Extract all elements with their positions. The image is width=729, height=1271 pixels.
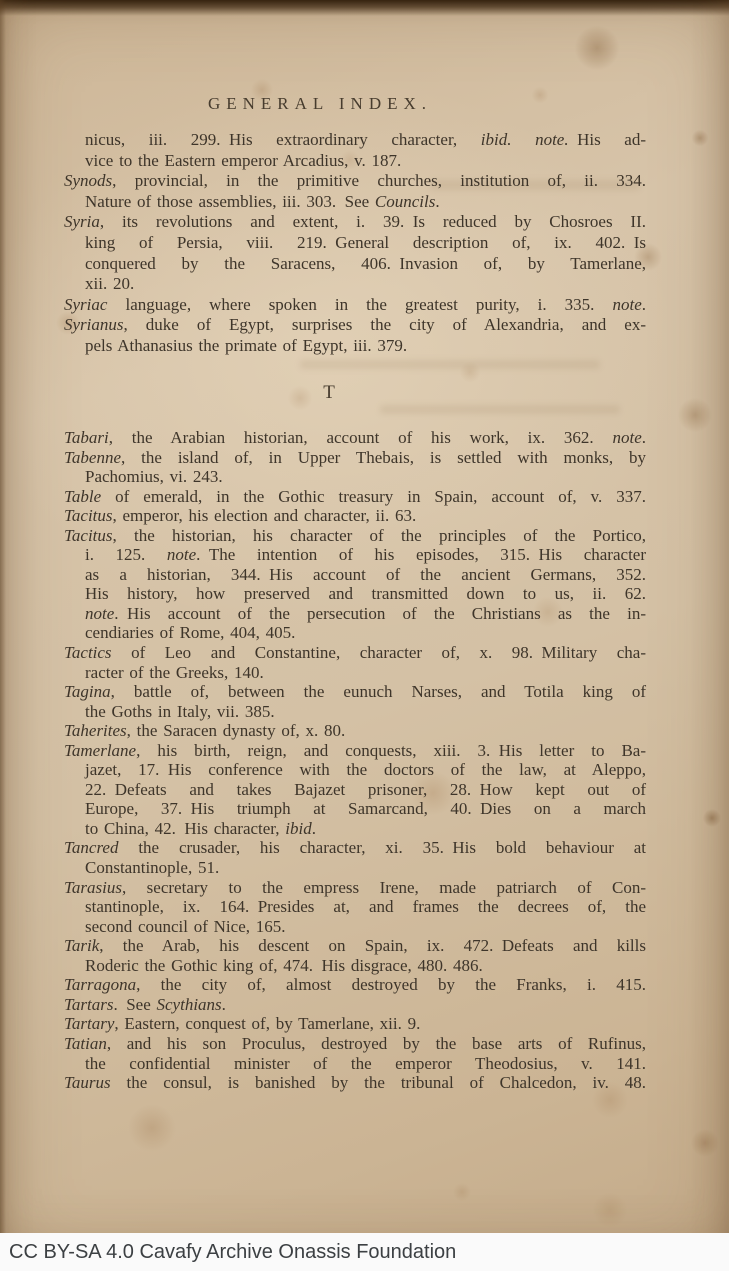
bleed-through-smudge xyxy=(300,360,600,369)
index-line: xii. 20. xyxy=(64,274,646,295)
index-line: His history, how preserved and transmitt… xyxy=(64,584,646,604)
index-line: stantinople, ix. 164. Presides at, and f… xyxy=(64,897,646,917)
index-line: Taurus the consul, is banished by the tr… xyxy=(64,1073,646,1093)
index-line: Tarasius, secretary to the empress Irene… xyxy=(64,878,646,898)
index-line: jazet, 17. His conference with the docto… xyxy=(64,760,646,780)
index-line: Nature of those assemblies, iii. 303. Se… xyxy=(64,192,646,213)
index-line: Tarik, the Arab, his descent on Spain, i… xyxy=(64,936,646,956)
index-line: to China, 42. His character, ibid. xyxy=(64,819,646,839)
index-line: Tartars. See Scythians. xyxy=(64,995,646,1015)
index-line: Constantinople, 51. xyxy=(64,858,646,878)
index-line: Pachomius, vi. 243. xyxy=(64,467,646,487)
index-line: vice to the Eastern emperor Arcadius, v.… xyxy=(64,151,646,172)
index-line: nicus, iii. 299. His extraordinary chara… xyxy=(64,130,646,151)
index-line: king of Persia, viii. 219. General descr… xyxy=(64,233,646,254)
index-line: pels Athanasius the primate of Egypt, ii… xyxy=(64,336,646,357)
index-line: Table of emerald, in the Gothic treasury… xyxy=(64,487,646,507)
index-line: Tancred the crusader, his character, xi.… xyxy=(64,838,646,858)
bleed-through-smudge xyxy=(380,405,620,414)
index-line: Tacitus, emperor, his election and chara… xyxy=(64,506,646,526)
index-line: Synods, provincial, in the primitive chu… xyxy=(64,171,646,192)
index-line: 22. Defeats and takes Bajazet prisoner, … xyxy=(64,780,646,800)
index-block-before-t: nicus, iii. 299. His extraordinary chara… xyxy=(64,130,646,357)
index-line: second council of Nice, 165. xyxy=(64,917,646,937)
index-line: Europe, 37. His triumph at Samarcand, 40… xyxy=(64,799,646,819)
index-line: Tamerlane, his birth, reign, and conques… xyxy=(64,741,646,761)
scanned-page: GENERAL INDEX. nicus, iii. 299. His extr… xyxy=(0,0,729,1271)
license-footer: CC BY-SA 4.0 Cavafy Archive Onassis Foun… xyxy=(0,1233,729,1271)
index-line: Syria, its revolutions and extent, i. 39… xyxy=(64,212,646,233)
section-letter: T xyxy=(0,382,658,404)
scan-edge-left xyxy=(0,0,6,1233)
index-line: Tactics of Leo and Constantine, characte… xyxy=(64,643,646,663)
index-line: Tatian, and his son Proculus, destroyed … xyxy=(64,1034,646,1054)
index-line: the Goths in Italy, vii. 385. xyxy=(64,702,646,722)
index-line: i. 125. note. The intention of his episo… xyxy=(64,545,646,565)
index-line: note. His account of the persecution of … xyxy=(64,604,646,624)
index-line: Tagina, battle of, between the eunuch Na… xyxy=(64,682,646,702)
index-line: as a historian, 344. His account of the … xyxy=(64,565,646,585)
index-line: conquered by the Saracens, 406. Invasion… xyxy=(64,254,646,275)
page-title: GENERAL INDEX. xyxy=(0,94,640,114)
index-line: racter of the Greeks, 140. xyxy=(64,663,646,683)
scan-edge-top xyxy=(0,0,729,16)
index-line: Tabari, the Arabian historian, account o… xyxy=(64,428,646,448)
index-line: Tacitus, the historian, his character of… xyxy=(64,526,646,546)
index-line: Syrianus, duke of Egypt, surprises the c… xyxy=(64,315,646,336)
index-line: the confidential minister of the emperor… xyxy=(64,1054,646,1074)
index-line: Taherites, the Saracen dynasty of, x. 80… xyxy=(64,721,646,741)
index-line: cendiaries of Rome, 404, 405. xyxy=(64,623,646,643)
index-line: Syriac language, where spoken in the gre… xyxy=(64,295,646,316)
index-block-after-t: Tabari, the Arabian historian, account o… xyxy=(64,428,646,1093)
index-line: Tarragona, the city of, almost destroyed… xyxy=(64,975,646,995)
index-line: Roderic the Gothic king of, 474. His dis… xyxy=(64,956,646,976)
index-line: Tartary, Eastern, conquest of, by Tamerl… xyxy=(64,1014,646,1034)
index-line: Tabenne, the island of, in Upper Thebais… xyxy=(64,448,646,468)
